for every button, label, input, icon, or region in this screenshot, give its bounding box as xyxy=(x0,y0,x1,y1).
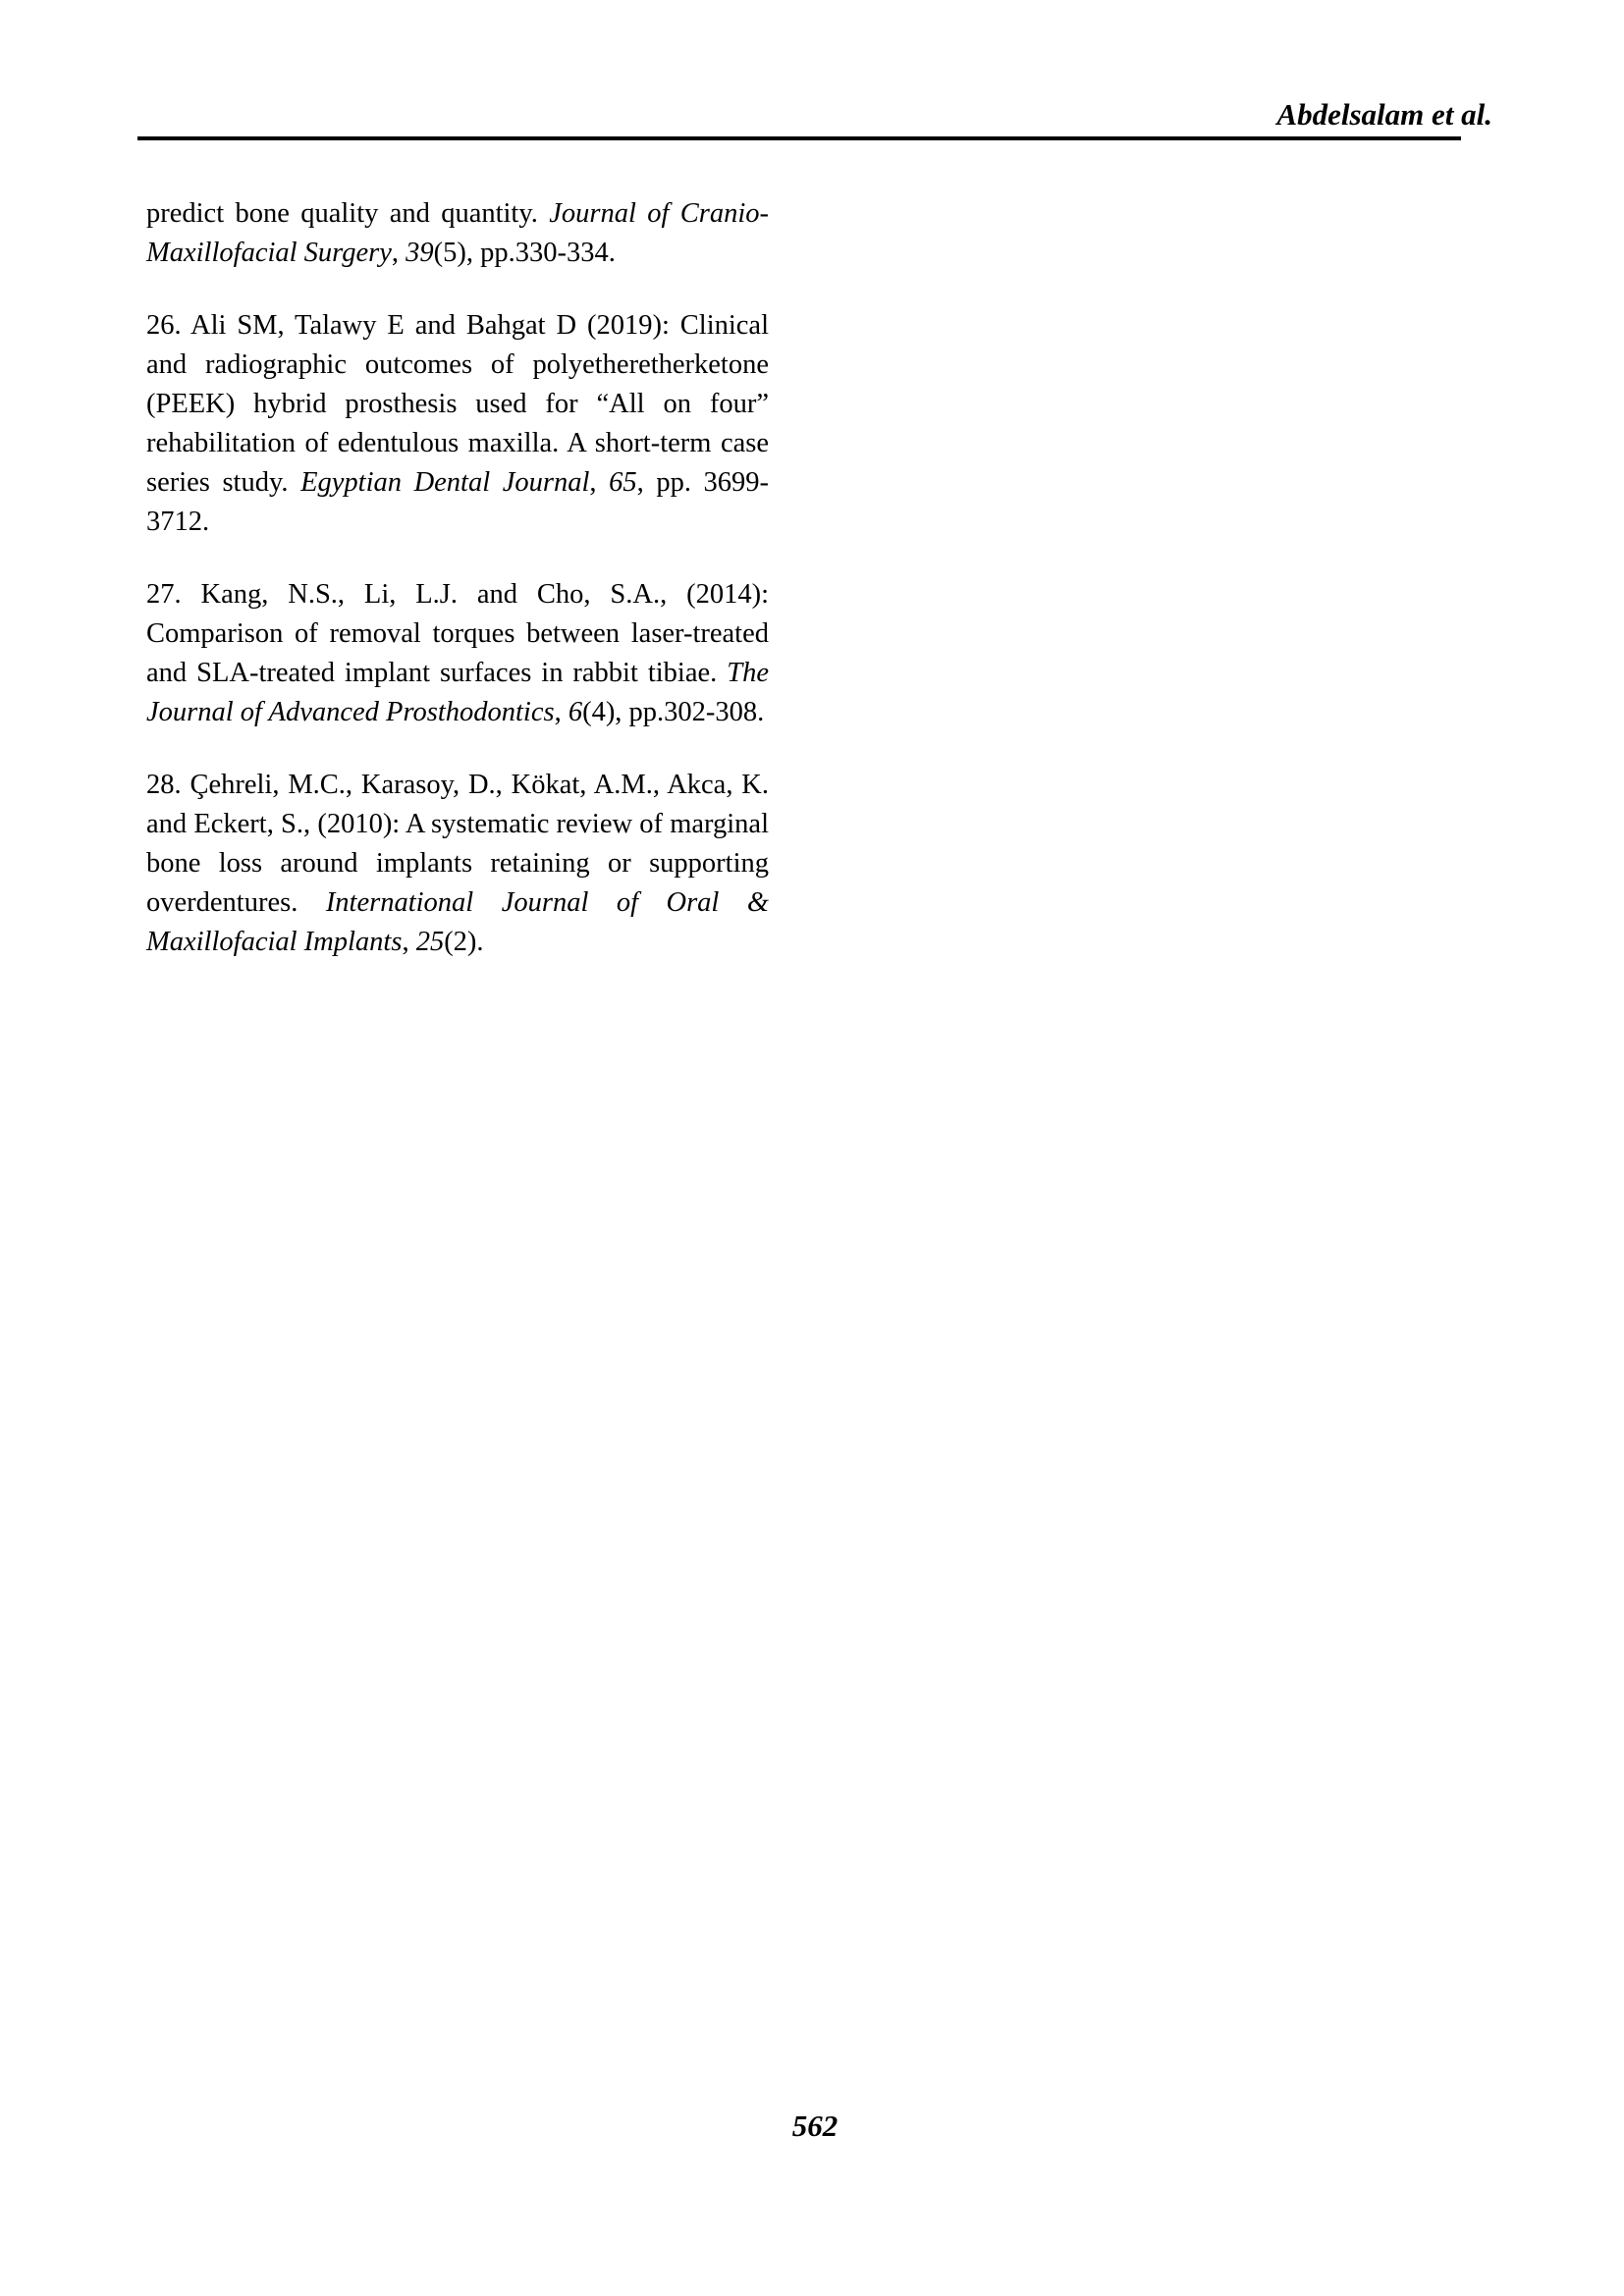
header-rule xyxy=(137,136,1461,140)
journal-title: Egyptian Dental Journal xyxy=(300,467,589,498)
reference-28: 28. Çehreli, M.C., Karasoy, D., Kökat, A… xyxy=(146,766,769,962)
separator: , xyxy=(555,697,568,727)
reference-25-continued: predict bone quality and quantity. Journ… xyxy=(146,194,769,273)
reference-number: 27. xyxy=(146,579,182,610)
references-column: predict bone quality and quantity. Journ… xyxy=(146,194,769,995)
reference-text: Kang, N.S., Li, L.J. and Cho, S.A., (201… xyxy=(146,579,769,688)
page-number: 562 xyxy=(746,2109,884,2144)
separator: , xyxy=(392,238,406,268)
volume: 25 xyxy=(416,927,445,957)
volume: 39 xyxy=(406,238,434,268)
reference-text: predict bone quality and quantity. xyxy=(146,198,549,229)
issue-pages: (4), pp.302-308. xyxy=(582,697,764,727)
reference-number: 26. xyxy=(146,310,182,341)
issue-pages: (5), pp.330-334. xyxy=(434,238,616,268)
reference-27: 27. Kang, N.S., Li, L.J. and Cho, S.A., … xyxy=(146,575,769,732)
running-head-authors: Abdelsalam et al. xyxy=(1129,98,1492,132)
volume: 6 xyxy=(568,697,582,727)
separator: , xyxy=(402,927,415,957)
separator: , xyxy=(589,467,609,498)
reference-26: 26. Ali SM, Talawy E and Bahgat D (2019)… xyxy=(146,306,769,542)
volume: 65 xyxy=(609,467,637,498)
issue-pages: (2). xyxy=(444,927,483,957)
reference-number: 28. xyxy=(146,770,182,800)
